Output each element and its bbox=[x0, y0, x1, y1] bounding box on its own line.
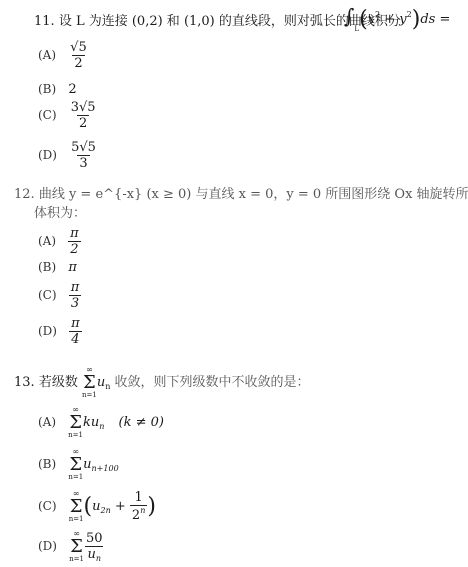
question-number: 13. bbox=[14, 375, 35, 390]
fraction: π4 bbox=[69, 316, 82, 347]
question-13-stem: 13. 若级数 ∞Σn=1un 收敛，则下列级数中不收敛的是： bbox=[14, 366, 310, 399]
fraction: √52 bbox=[68, 40, 89, 71]
option-13-c[interactable]: (C) ∞Σn=1(u2n + 12n) bbox=[38, 490, 156, 523]
fraction: 5√53 bbox=[69, 140, 98, 171]
option-13-d[interactable]: (D) ∞Σn=150un bbox=[38, 530, 105, 563]
option-11-a[interactable]: (A) √52 bbox=[38, 40, 89, 71]
question-number: 12. bbox=[14, 187, 35, 202]
sum-symbol: ∞Σn=1 bbox=[69, 530, 84, 563]
sum-symbol: ∞Σn=1 bbox=[82, 366, 97, 399]
option-11-b[interactable]: (B) 2 bbox=[38, 82, 77, 97]
option-12-b[interactable]: (B) π bbox=[38, 260, 77, 275]
option-11-d[interactable]: (D) 5√53 bbox=[38, 140, 98, 171]
sum-symbol: ∞Σn=1 bbox=[69, 490, 84, 523]
question-12-stem-line2: 体积为： bbox=[34, 202, 86, 221]
fraction: π2 bbox=[68, 226, 81, 257]
option-12-a[interactable]: (A) π2 bbox=[38, 226, 81, 257]
option-11-c[interactable]: (C) 3√52 bbox=[38, 100, 98, 131]
sum-symbol: ∞Σn=1 bbox=[68, 448, 83, 481]
option-13-b[interactable]: (B) ∞Σn=1un+100 bbox=[38, 448, 119, 481]
option-13-a[interactable]: (A) ∞Σn=1kun (k ≠ 0) bbox=[38, 406, 164, 439]
sum-symbol: ∞Σn=1 bbox=[68, 406, 83, 439]
integral-expression: ∫L(x2 + y2)ds = bbox=[344, 4, 450, 33]
question-text: 曲线 y = e^{-x} (x ≥ 0) 与直线 x = 0，y = 0 所围… bbox=[39, 187, 468, 202]
option-12-c[interactable]: (C) π3 bbox=[38, 280, 81, 311]
fraction: π3 bbox=[69, 280, 82, 311]
fraction: 3√52 bbox=[69, 100, 98, 131]
question-number: 11. bbox=[34, 14, 55, 29]
integral-sign: ∫ bbox=[344, 4, 354, 28]
option-12-d[interactable]: (D) π4 bbox=[38, 316, 82, 347]
question-12-stem: 12. 曲线 y = e^{-x} (x ≥ 0) 与直线 x = 0，y = … bbox=[14, 183, 468, 202]
